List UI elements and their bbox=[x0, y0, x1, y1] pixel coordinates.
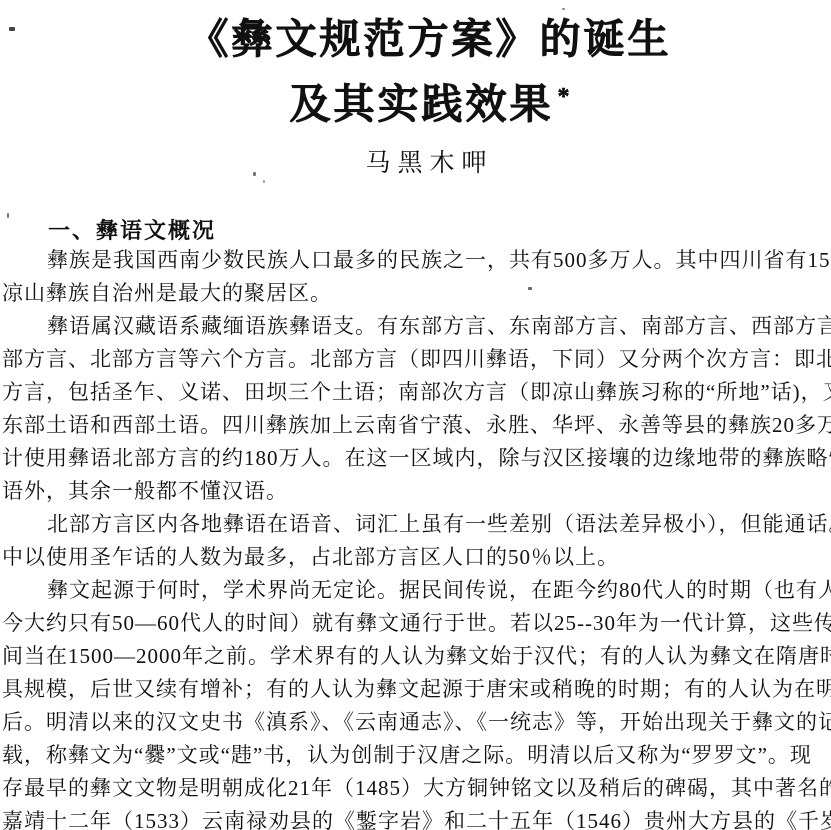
title-line-2: 及其实践效果* bbox=[28, 68, 831, 133]
body-line: 后。明清以来的汉文史书《滇系》、《云南通志》、《一统志》等，开始出现关于彝文的记 bbox=[2, 706, 831, 739]
body-line: 今大约只有50—60代人的时间）就有彝文通行于世。若以25--30年为一代计算，… bbox=[2, 607, 831, 640]
body-line: 具规模，后世又续有增补；有的人认为彝文起源于唐宋或稍晚的时期；有的人认为在明代 bbox=[2, 673, 831, 706]
body-line: 东部土语和西部土语。四川彝族加上云南省宁蒗、永胜、华坪、永善等县的彝族20多万人… bbox=[2, 409, 831, 442]
document-title: 《彝文规范方案》的诞生 及其实践效果* bbox=[0, 10, 831, 133]
body-text: 彝族是我国西南少数民族人口最多的民族之一，共有500多万人。其中四川省有150多… bbox=[2, 244, 831, 830]
scan-speck bbox=[263, 180, 265, 183]
body-line: 北部方言区内各地彝语在语音、词汇上虽有一些差别（语法差异极小），但能通话。其 bbox=[2, 508, 831, 541]
body-line: 存最早的彝文文物是明朝成化21年（1485）大方铜钟铭文以及稍后的碑碣，其中著名… bbox=[2, 772, 831, 805]
body-line: 凉山彝族自治州是最大的聚居区。 bbox=[2, 277, 831, 310]
section-heading: 一、彝语文概况 bbox=[48, 214, 216, 245]
author-name: 马黑木呷 bbox=[0, 143, 831, 179]
body-line: 间当在1500—2000年之前。学术界有的人认为彝文始于汉代；有的人认为彝文在隋… bbox=[2, 640, 831, 673]
scanned-document-page: 《彝文规范方案》的诞生 及其实践效果* 马黑木呷 一、彝语文概况 彝族是我国西南… bbox=[0, 0, 831, 830]
body-line: 彝族是我国西南少数民族人口最多的民族之一，共有500多万人。其中四川省有150多… bbox=[2, 244, 831, 277]
body-line: 嘉靖十二年（1533）云南禄劝县的《鏨字岩》和二十五年（1546）贵州大方县的《… bbox=[2, 805, 831, 830]
scan-speck bbox=[7, 213, 9, 218]
body-line: 彝语属汉藏语系藏缅语族彝语支。有东部方言、东南部方言、南部方言、西部方言、中 bbox=[2, 310, 831, 343]
body-line: 载，称彝文为“爨”文或“韪”书，认为创制于汉唐之际。明清以后又称为“罗罗文”。现 bbox=[2, 739, 831, 772]
body-line: 部方言、北部方言等六个方言。北部方言（即四川彝语，下同）又分两个次方言：即北部 bbox=[2, 343, 831, 376]
footnote-asterisk: * bbox=[558, 84, 570, 110]
body-line: 语外，其余一般都不懂汉语。 bbox=[2, 475, 831, 508]
body-line: 中以使用圣乍话的人数为最多，占北部方言区人口的50％以上。 bbox=[2, 541, 831, 574]
title-line-2-text: 及其实践效果 bbox=[290, 81, 554, 127]
body-line: 彝文起源于何时，学术界尚无定论。据民间传说，在距今约80代人的时期（也有人认为 bbox=[2, 574, 831, 607]
body-line: 计使用彝语北部方言的约180万人。在这一区域内，除与汉区接壤的边缘地带的彝族略懂… bbox=[2, 442, 831, 475]
title-line-1: 《彝文规范方案》的诞生 bbox=[28, 10, 831, 68]
body-line: 方言，包括圣乍、义诺、田坝三个土语；南部次方言（即凉山彝族习称的“所地”话)，又… bbox=[2, 376, 831, 409]
